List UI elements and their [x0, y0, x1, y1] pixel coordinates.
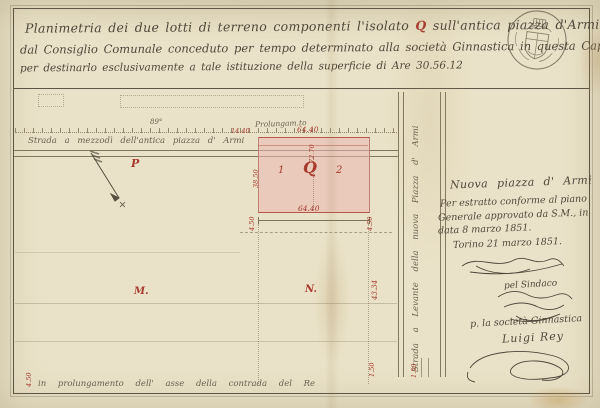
north-arrow-icon [84, 148, 129, 210]
east-road-stub-2 [428, 358, 429, 377]
dimension-line [258, 217, 370, 224]
dim-bottom-width: 64.40 [298, 204, 319, 213]
dim-corner-left: 4.50 [248, 217, 256, 231]
dim-right-offset: 43.34 [371, 280, 379, 300]
parcel-label-1: 1 [278, 165, 284, 176]
lot-label-m: M. [134, 286, 149, 297]
dim-edge-mid: 1.50 [368, 363, 376, 377]
street-east-label: Strada a Levante della nuova Piazza d' A… [411, 125, 421, 372]
parcel-label-2: 2 [336, 165, 342, 176]
east-road-line-2 [403, 92, 404, 377]
municipal-seal-icon [500, 3, 575, 78]
grid-line-h2 [15, 341, 397, 342]
scanned-plan-sheet: Planimetria dei due lotti di terreno com… [0, 0, 600, 408]
title-text-pre: Planimetria dei due lotti di terreno com… [25, 18, 415, 36]
title-divider-rule [13, 88, 589, 89]
signature-flourish-official [458, 250, 568, 274]
survey-tick-ruler [15, 128, 397, 133]
angle-label: 89° [150, 118, 162, 126]
grid-line-h0 [15, 252, 240, 253]
dim-left-height: 38.50 [252, 169, 260, 188]
east-road-stub-1 [421, 358, 422, 377]
lot-label-p: P [131, 157, 139, 170]
dim-top-width: 64.40 [297, 125, 318, 134]
grid-line-v2 [368, 224, 369, 384]
block-outline-small [38, 94, 64, 107]
signature-flourish-society [462, 346, 580, 388]
dim-center-height: 72.70 [308, 144, 316, 163]
dim-ruler-label: 14.40 [231, 127, 250, 135]
dim-edge-road: 1.50 [410, 364, 418, 378]
street-south-label: Strada a mezzodì dell'antica piazza d' A… [28, 136, 244, 146]
dashed-guideline [240, 232, 392, 233]
block-outline-wide [120, 95, 304, 108]
grid-line-v1 [258, 224, 259, 384]
dim-edge-left: 4.50 [25, 373, 33, 387]
axis-note-label: in prolungamento dell' asse della contra… [38, 379, 315, 389]
east-road-line-1 [398, 92, 399, 377]
grid-line-h1 [15, 303, 397, 304]
title-letter-q: Q [415, 18, 426, 33]
lot-label-n: N. [305, 284, 317, 295]
